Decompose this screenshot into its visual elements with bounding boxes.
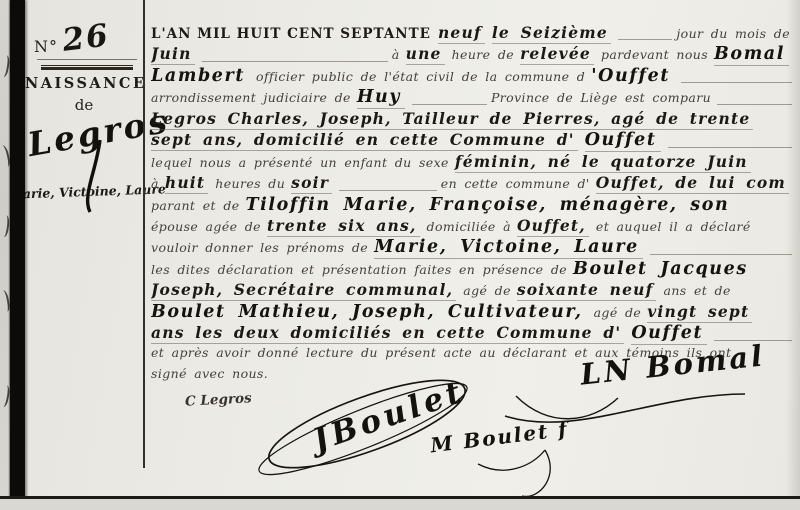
handwritten-entry: ans les deux domiciliés en cette Commune… <box>151 323 624 344</box>
birth-register-scan: N° 26 NAISSANCE de Legros Marie, Victoin… <box>0 0 800 510</box>
handwritten-entry: une <box>406 44 445 65</box>
handwritten-entry: Huy <box>357 87 405 108</box>
act-line-5: Legros Charles, Joseph, Tailleur de Pier… <box>151 109 796 130</box>
printed-script-text: Province de Liège est comparu <box>491 90 711 105</box>
handwritten-entry: relevée <box>520 44 594 65</box>
fill-in-rule <box>717 87 792 104</box>
signature-declarant-legros: C Legros <box>185 390 252 409</box>
act-line-7: lequel nous a présenté un enfant du sexe… <box>151 152 796 173</box>
act-line-9: parant et deTiloffin Marie, Françoise, m… <box>151 195 796 216</box>
act-type-heading: NAISSANCE <box>25 75 143 92</box>
printed-script-text: heures du <box>215 176 285 191</box>
act-number-block: N° 26 <box>34 24 110 60</box>
handwritten-entry: Lambert <box>151 66 249 87</box>
act-line-13: Joseph, Secrétaire communal,agé desoixan… <box>151 280 796 301</box>
act-line-8: àhuitheures dusoiren cette commune d'Ouf… <box>151 173 796 194</box>
act-line-2: Juinàuneheure derelevéepardevant nousBom… <box>151 44 796 65</box>
printed-script-text: pardevant nous <box>601 47 708 62</box>
handwritten-entry: vingt sept <box>647 302 752 323</box>
fill-in-rule <box>412 87 487 104</box>
printed-script-text: et auquel il a déclaré <box>596 219 751 234</box>
handwritten-entry: Ouffet, <box>517 216 589 237</box>
printed-script-text: signé avec nous. <box>151 366 268 381</box>
fill-in-rule <box>668 130 792 147</box>
handwritten-entry: 'Ouffet <box>591 66 674 87</box>
printed-script-text: à <box>392 47 400 62</box>
fill-in-rule <box>202 44 388 61</box>
handwritten-entry: trente six ans, <box>267 216 420 237</box>
fill-in-rule <box>618 23 672 40</box>
act-line-6: sept ans, domicilié en cette Commune d'O… <box>151 130 796 151</box>
printed-script-text: arrondissement judiciaire de <box>151 90 351 105</box>
printed-script-text: à <box>151 176 159 191</box>
scan-bottom-margin <box>0 499 800 510</box>
binding-gutter <box>10 0 25 500</box>
act-line-15: ans les deux domiciliés en cette Commune… <box>151 323 796 344</box>
printed-script-text: ans et de <box>663 283 730 298</box>
handwritten-entry: Marie, Victoine, Laure <box>374 237 643 258</box>
fill-in-rule <box>650 237 792 254</box>
printed-script-text: lequel nous a présenté un enfant du sexe <box>151 155 449 170</box>
printed-script-text: agé de <box>463 283 511 298</box>
printed-script-text: vouloir donner les prénoms de <box>151 240 368 255</box>
handwritten-entry: Bomal <box>714 44 789 65</box>
handwritten-entry: Joseph, Secrétaire communal, <box>151 280 456 301</box>
fill-in-rule <box>339 173 437 190</box>
act-line-4: arrondissement judiciaire deHuyProvince … <box>151 87 796 108</box>
act-number-value: 26 <box>61 17 112 58</box>
column-separator-rule <box>143 0 145 468</box>
handwritten-entry: soixante neuf <box>517 280 657 301</box>
handwritten-entry: Ouffet <box>585 130 661 151</box>
handwritten-entry: neuf <box>438 23 485 44</box>
handwritten-entry: Ouffet <box>631 323 707 344</box>
act-number-label: N° <box>34 37 58 56</box>
printed-script-text: les dites déclaration et présentation fa… <box>151 262 567 277</box>
handwritten-entry: féminin, né le quatorze Juin <box>455 152 751 173</box>
handwritten-entry: Tiloffin Marie, Françoise, ménagère, son <box>246 195 734 216</box>
printed-script-text: épouse agée de <box>151 219 261 234</box>
handwritten-entry: huit <box>165 173 208 194</box>
handwritten-entry: Ouffet, de lui com <box>596 173 789 194</box>
printed-script-text: agé de <box>594 305 642 320</box>
handwritten-entry: le Seizième <box>492 23 611 44</box>
act-text: L'AN MIL HUIT CENT SEPTANTEneufle Seiziè… <box>151 23 796 387</box>
handwritten-entry: Juin <box>151 44 195 65</box>
printed-script-text: parant et de <box>151 198 240 213</box>
printed-script-text: heure de <box>452 47 514 62</box>
printed-script-text: domiciliée à <box>427 219 511 234</box>
act-number-rule <box>37 59 137 60</box>
act-line-12: les dites déclaration et présentation fa… <box>151 259 796 280</box>
act-line-10: épouse agée detrente six ans,domiciliée … <box>151 216 796 237</box>
printed-script-text: officier public de l'état civil de la co… <box>256 69 585 84</box>
edge-ink-mark <box>0 214 10 237</box>
fill-in-rule <box>681 66 792 83</box>
handwritten-entry: soir <box>291 173 332 194</box>
fill-in-rule <box>714 323 792 340</box>
printed-script-text: jour du mois de <box>676 26 790 41</box>
act-line-11: vouloir donner les prénoms deMarie, Vict… <box>151 237 796 258</box>
act-line-1: L'AN MIL HUIT CENT SEPTANTEneufle Seiziè… <box>151 23 796 44</box>
margin-column: N° 26 NAISSANCE de Legros Marie, Victoin… <box>25 0 143 470</box>
printed-form-text: L'AN MIL HUIT CENT SEPTANTE <box>151 26 431 42</box>
printed-script-text: en cette commune d' <box>441 176 590 191</box>
handwritten-entry: Legros Charles, Joseph, Tailleur de Pier… <box>151 109 753 130</box>
register-page: N° 26 NAISSANCE de Legros Marie, Victoin… <box>25 0 800 496</box>
header-double-rule <box>41 65 133 70</box>
handwritten-entry: sept ans, domicilié en cette Commune d' <box>151 130 578 151</box>
handwritten-entry: Boulet Mathieu, Joseph, Cultivateur, <box>151 302 587 323</box>
act-line-14: Boulet Mathieu, Joseph, Cultivateur,agé … <box>151 302 796 323</box>
signature-witness-boulet-mathieu: M Boulet f <box>429 417 570 458</box>
act-line-3: Lambertofficier public de l'état civil d… <box>151 66 796 87</box>
handwritten-entry: Boulet Jacques <box>573 259 752 280</box>
